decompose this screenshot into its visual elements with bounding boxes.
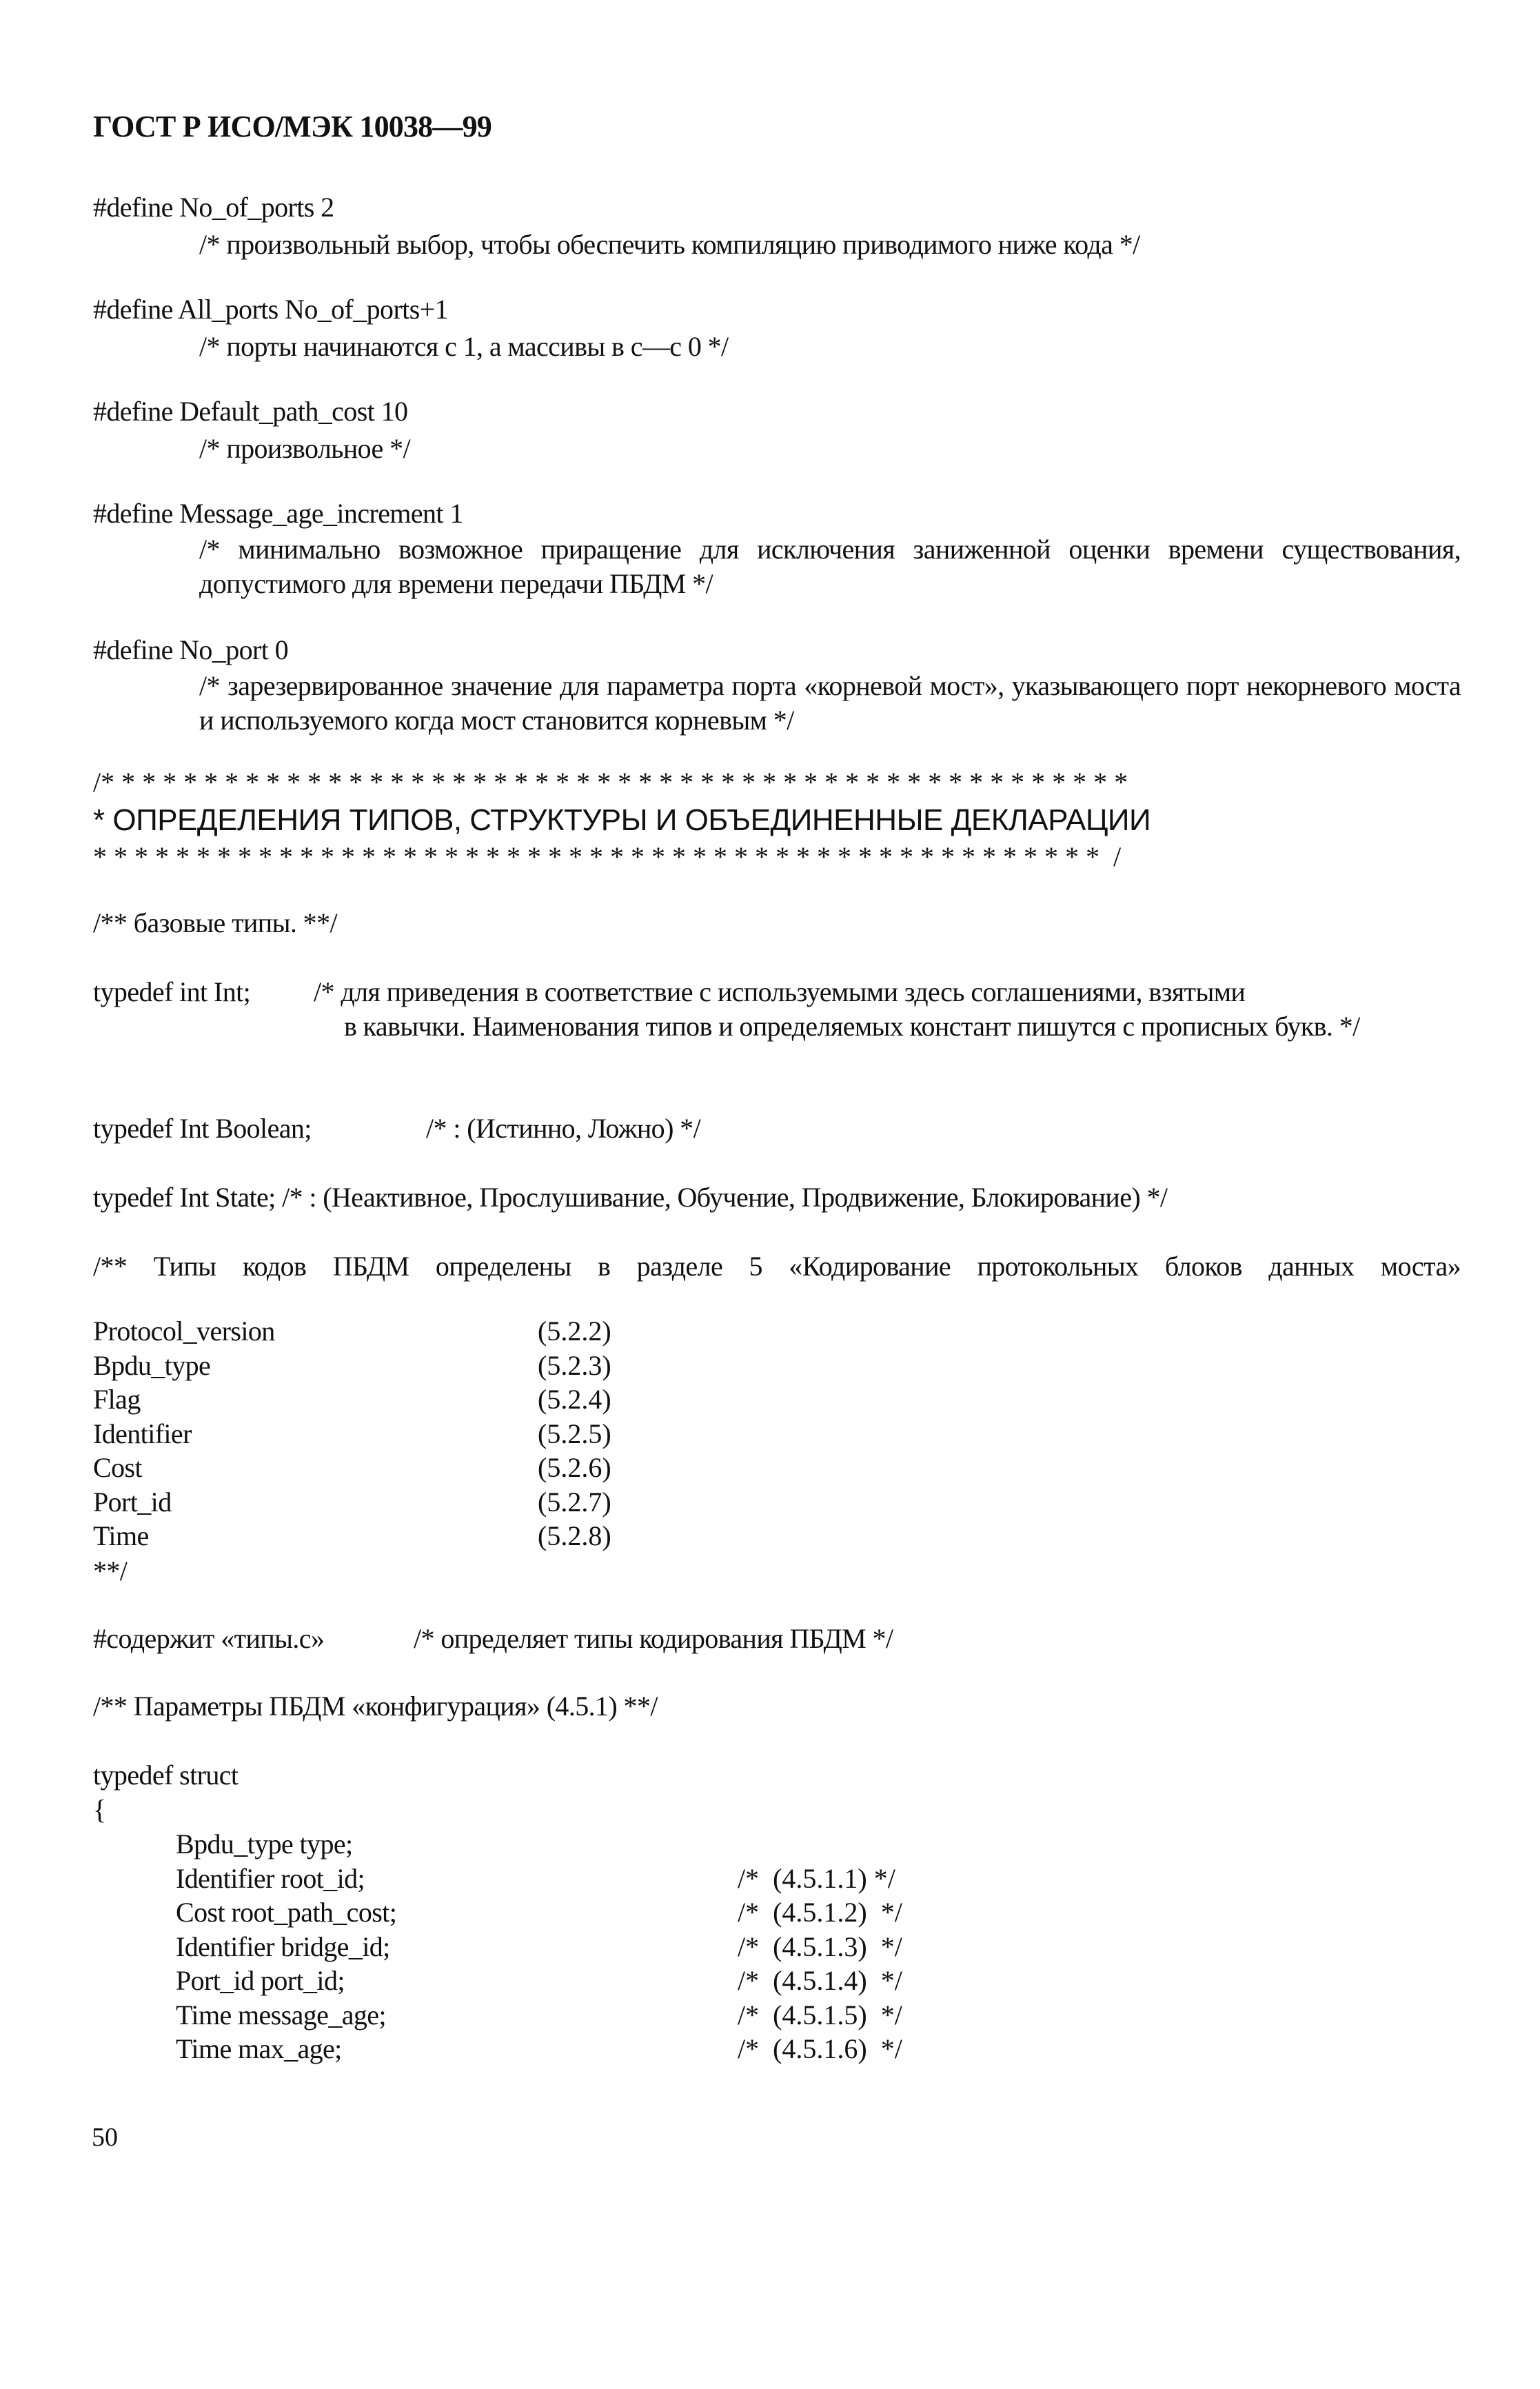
define-no-port: #define No_port 0 (93, 633, 288, 667)
define-no-of-ports: #define No_of_ports 2 (93, 190, 334, 225)
define-no-of-ports-comment: /* произвольный выбор, чтобы обеспечить … (199, 228, 1140, 262)
struct-brace: { (93, 1793, 106, 1827)
struct-field-decl: Cost root_path_cost; (176, 1895, 396, 1930)
banner-top-stars: /* * * * * * * * * * * * * * * * * * * *… (93, 765, 1465, 800)
struct-field-comment: /* (4.5.1.6) */ (738, 2032, 902, 2066)
struct-field-decl: Time max_age; (176, 2032, 342, 2066)
define-all-ports: #define All_ports No_of_ports+1 (93, 292, 448, 327)
document-header: ГОСТ Р ИСО/МЭК 10038—99 (93, 109, 492, 144)
bpdu-type-ref: (5.2.4) (538, 1382, 611, 1417)
define-message-age-increment: #define Message_age_increment 1 (93, 496, 463, 531)
section-title: * ОПРЕДЕЛЕНИЯ ТИПОВ, СТРУКТУРЫ И ОБЪЕДИН… (93, 803, 1151, 838)
define-default-path-cost: #define Default_path_cost 10 (93, 394, 407, 429)
define-no-port-comment: /* зарезервированное значение для параме… (199, 669, 1461, 738)
typedef-int-comment-first: /* для приведения в соответствие с испол… (314, 975, 1461, 1009)
bpdu-type-ref: (5.2.2) (538, 1314, 611, 1349)
typedef-int-decl: typedef int Int; (93, 975, 257, 1009)
bpdu-type-name: Port_id (93, 1485, 172, 1520)
struct-field-decl: Port_id port_id; (176, 1964, 345, 1998)
bpdu-type-ref: (5.2.8) (538, 1519, 611, 1553)
define-message-age-increment-comment: /* минимально возможное приращение для и… (199, 532, 1461, 601)
define-default-path-cost-comment: /* произвольное */ (199, 432, 410, 466)
bpdu-type-ref: (5.2.3) (538, 1349, 611, 1383)
bpdu-type-name: Cost (93, 1451, 142, 1485)
typedef-int-comment-rest: в кавычки. Наименования типов и определя… (344, 1009, 1461, 1044)
page-number: 50 (92, 2122, 118, 2153)
struct-field-comment: /* (4.5.1.2) */ (738, 1895, 902, 1930)
typedef-boolean-decl: typedef Int Boolean; (93, 1111, 312, 1146)
bpdu-type-name: Flag (93, 1382, 141, 1417)
bpdu-type-ref: (5.2.7) (538, 1485, 611, 1520)
config-comment: /** Параметры ПБДМ «конфигурация» (4.5.1… (93, 1689, 658, 1724)
typedef-state: typedef Int State; /* : (Неактивное, Про… (93, 1180, 1167, 1215)
define-all-ports-comment: /* порты начинаются с 1, а массивы в с—с… (199, 330, 729, 364)
struct-field-decl: Identifier bridge_id; (176, 1930, 390, 1964)
bpdu-types-close: **/ (93, 1554, 127, 1589)
include-directive: #содержит «типы.с» (93, 1622, 324, 1656)
struct-open: typedef struct (93, 1758, 238, 1793)
struct-field-comment: /* (4.5.1.4) */ (738, 1964, 902, 1998)
bpdu-type-name: Time (93, 1519, 149, 1553)
typedef-boolean-comment: /* : (Истинно, Ложно) */ (426, 1111, 700, 1146)
struct-field-comment: /* (4.5.1.3) */ (738, 1930, 902, 1964)
include-comment: /* определяет типы кодирования ПБДМ */ (414, 1622, 893, 1656)
basic-types-comment: /** базовые типы. **/ (93, 906, 337, 940)
struct-field-decl: Bpdu_type type; (176, 1827, 353, 1862)
bpdu-type-name: Bpdu_type (93, 1349, 210, 1383)
struct-field-decl: Time message_age; (176, 1998, 386, 2033)
bpdu-type-name: Protocol_version (93, 1314, 275, 1349)
bpdu-types-comment: /** Типы кодов ПБДМ определены в разделе… (93, 1249, 1461, 1284)
banner-bottom-stars: * * * * * * * * * * * * * * * * * * * * … (93, 840, 1465, 874)
bpdu-type-ref: (5.2.6) (538, 1451, 611, 1485)
struct-field-comment: /* (4.5.1.1) */ (738, 1862, 895, 1896)
bpdu-type-ref: (5.2.5) (538, 1417, 611, 1451)
bpdu-type-name: Identifier (93, 1417, 192, 1451)
struct-field-decl: Identifier root_id; (176, 1862, 365, 1896)
struct-field-comment: /* (4.5.1.5) */ (738, 1998, 902, 2033)
